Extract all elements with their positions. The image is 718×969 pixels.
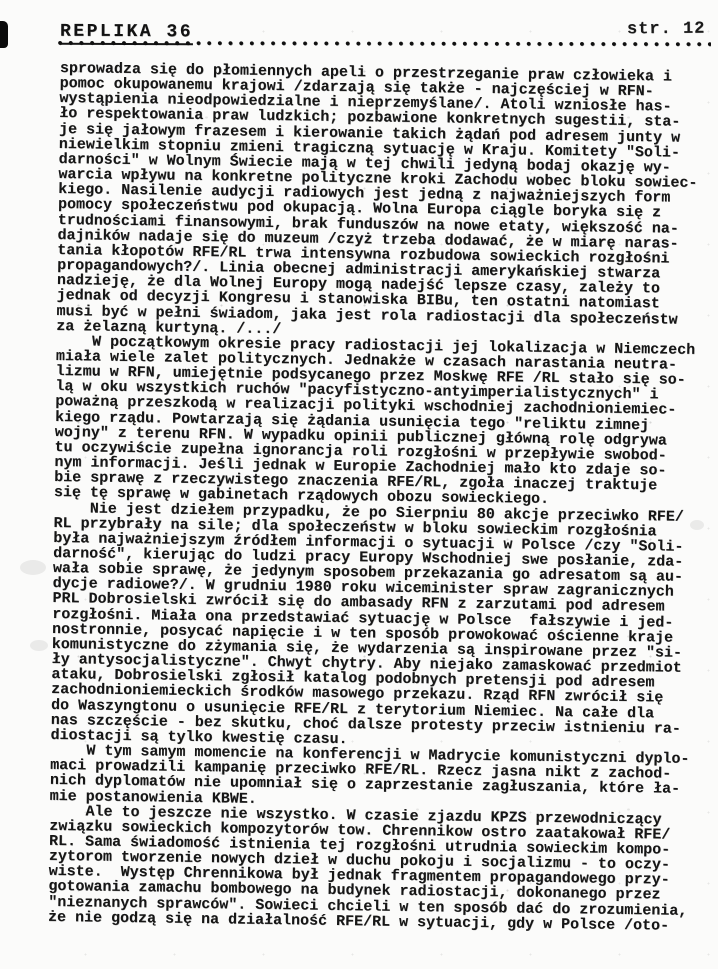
scanned-document-page: REPLIKA 36 str. 12 •••••••••••••••••••••… (0, 0, 718, 969)
scan-edge-artifact (0, 21, 8, 48)
scan-blotch (30, 640, 48, 651)
dotted-separator: ••••••••••••••••••••••••••••••••••••••••… (56, 37, 711, 53)
document-body: sprowadza się do płomiennych apeli o prz… (48, 61, 708, 934)
page-number: str. 12 (626, 20, 705, 40)
scan-blotch (20, 560, 46, 575)
